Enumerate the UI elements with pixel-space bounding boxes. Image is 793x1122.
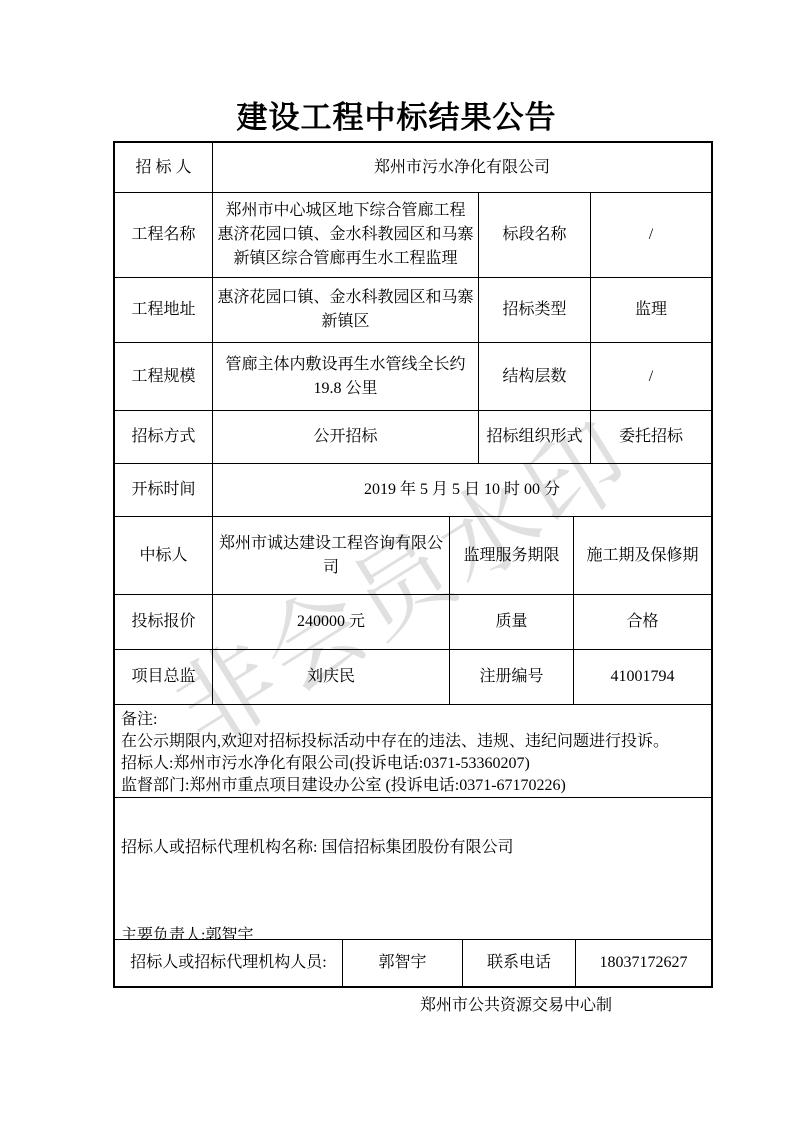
bid-price-label: 投标报价: [115, 595, 213, 649]
winner-value: 郑州市诚达建设工程咨询有限公 司: [213, 517, 450, 594]
open-time-label: 开标时间: [115, 464, 213, 516]
row-open-time: 开标时间 2019 年 5 月 5 日 10 时 00 分: [115, 464, 711, 517]
row-agency-staff: 招标人或招标代理机构人员: 郭智宇 联系电话 18037172627: [115, 940, 711, 986]
contact-phone-value: 18037172627: [576, 940, 711, 986]
tenderer-value: 郑州市污水净化有限公司: [213, 143, 711, 192]
row-winner: 中标人 郑州市诚达建设工程咨询有限公 司 监理服务期限 施工期及保修期: [115, 517, 711, 595]
row-remarks: 备注: 在公示期限内,欢迎对招标投标活动中存在的违法、违规、违纪问题进行投诉。 …: [115, 705, 711, 798]
footer-note: 郑州市公共资源交易中心制: [420, 992, 612, 1015]
supervision-period-value: 施工期及保修期: [574, 517, 711, 594]
page-title: 建设工程中标结果公告: [0, 92, 793, 137]
winner-label: 中标人: [115, 517, 213, 594]
quality-label: 质量: [450, 595, 574, 649]
bid-price-value: 240000 元: [213, 595, 450, 649]
bid-type-label: 招标类型: [479, 278, 591, 342]
registration-number-value: 41001794: [574, 650, 711, 704]
row-tenderer: 招 标 人 郑州市污水净化有限公司: [115, 143, 711, 193]
bid-type-value: 监理: [591, 278, 711, 342]
bid-organization-value: 委托招标: [591, 411, 711, 463]
registration-number-label: 注册编号: [450, 650, 574, 704]
project-address-value: 惠济花园口镇、金水科教园区和马寨 新镇区: [213, 278, 479, 342]
tenderer-label: 招 标 人: [115, 143, 213, 192]
agency-principal-line: 主要负责人:郭智宇: [115, 884, 711, 939]
row-bid-method: 招标方式 公开招标 招标组织形式 委托招标: [115, 411, 711, 464]
project-address-label: 工程地址: [115, 278, 213, 342]
contact-phone-label: 联系电话: [463, 940, 576, 986]
agency-staff-value: 郭智宇: [343, 940, 463, 986]
chief-supervisor-value: 刘庆民: [213, 650, 450, 704]
agency-block: 招标人或招标代理机构名称: 国信招标集团股份有限公司 主要负责人:郭智宇 201…: [115, 798, 711, 939]
supervision-period-label: 监理服务期限: [450, 517, 574, 594]
section-name-value: /: [591, 193, 711, 277]
structure-floors-value: /: [591, 343, 711, 410]
row-project-address: 工程地址 惠济花园口镇、金水科教园区和马寨 新镇区 招标类型 监理: [115, 278, 711, 343]
project-name-value: 郑州市中心城区地下综合管廊工程 惠济花园口镇、金水科教园区和马寨 新镇区综合管廊…: [213, 193, 479, 277]
chief-supervisor-label: 项目总监: [115, 650, 213, 704]
row-project-name: 工程名称 郑州市中心城区地下综合管廊工程 惠济花园口镇、金水科教园区和马寨 新镇…: [115, 193, 711, 278]
bid-organization-label: 招标组织形式: [479, 411, 591, 463]
row-chief-supervisor: 项目总监 刘庆民 注册编号 41001794: [115, 650, 711, 705]
bid-method-value: 公开招标: [213, 411, 479, 463]
bid-method-label: 招标方式: [115, 411, 213, 463]
section-name-label: 标段名称: [479, 193, 591, 277]
agency-staff-label: 招标人或招标代理机构人员:: [115, 940, 343, 986]
open-time-value: 2019 年 5 月 5 日 10 时 00 分: [213, 464, 711, 516]
project-name-label: 工程名称: [115, 193, 213, 277]
row-agency: 招标人或招标代理机构名称: 国信招标集团股份有限公司 主要负责人:郭智宇 201…: [115, 798, 711, 940]
agency-name-line: 招标人或招标代理机构名称: 国信招标集团股份有限公司: [115, 822, 711, 860]
row-project-scale: 工程规模 管廊主体内敷设再生水管线全长约 19.8 公里 结构层数 /: [115, 343, 711, 411]
project-scale-label: 工程规模: [115, 343, 213, 410]
bid-result-table: 招 标 人 郑州市污水净化有限公司 工程名称 郑州市中心城区地下综合管廊工程 惠…: [113, 141, 713, 988]
quality-value: 合格: [574, 595, 711, 649]
row-bid-price: 投标报价 240000 元 质量 合格: [115, 595, 711, 650]
document-page: 非会员水印 建设工程中标结果公告 招 标 人 郑州市污水净化有限公司 工程名称 …: [0, 0, 793, 1122]
structure-floors-label: 结构层数: [479, 343, 591, 410]
remarks-text: 备注: 在公示期限内,欢迎对招标投标活动中存在的违法、违规、违纪问题进行投诉。 …: [115, 705, 711, 797]
project-scale-value: 管廊主体内敷设再生水管线全长约 19.8 公里: [213, 343, 479, 410]
